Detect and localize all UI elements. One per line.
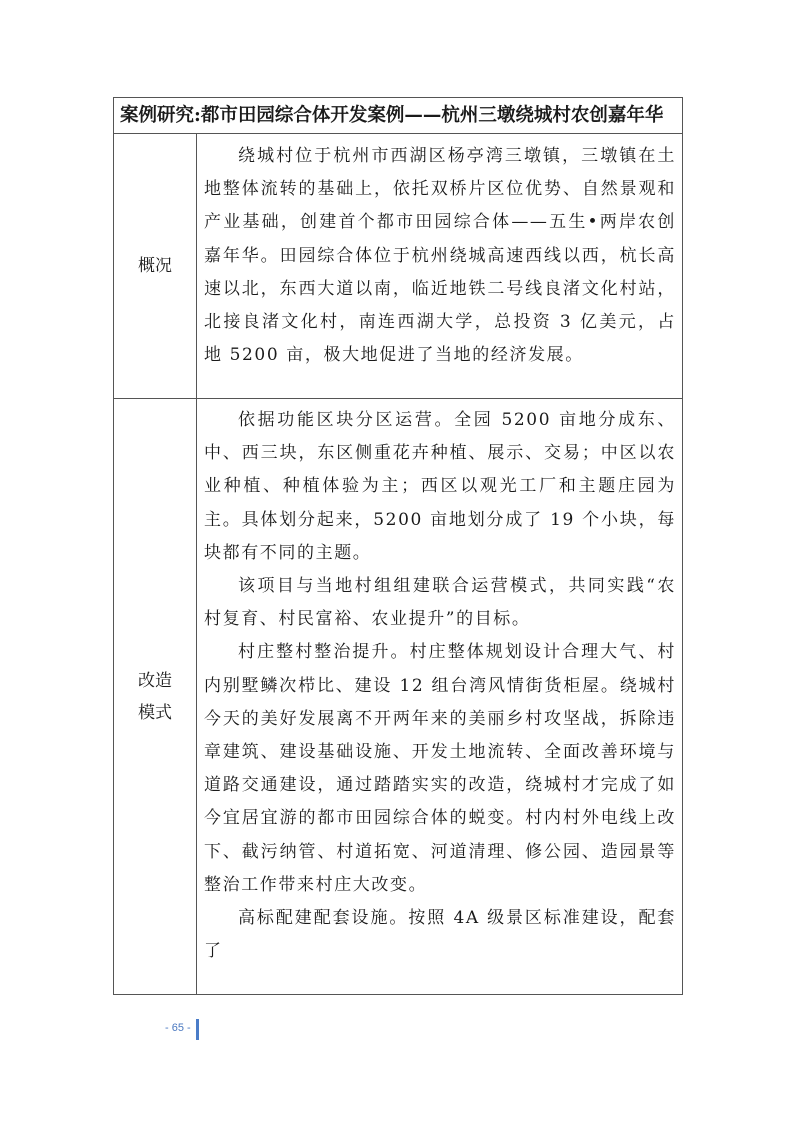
table-row-transformation-model: 改造 模式 依据功能区块分区运营。全园 5200 亩地分成东、中、西三块，东区侧…	[114, 399, 682, 994]
row-label-transformation-model: 改造 模式	[114, 399, 197, 994]
row-label-overview: 概况	[114, 134, 197, 398]
paragraph: 绕城村位于杭州市西湖区杨亭湾三墩镇，三墩镇在土地整体流转的基础上，依托双桥片区位…	[204, 140, 676, 372]
page-number: - 65 -	[165, 1022, 191, 1034]
paragraph: 村庄整村整治提升。村庄整体规划设计合理大气、村内别墅鳞次栉比、建设 12 组台湾…	[204, 636, 676, 902]
paragraph: 依据功能区块分区运营。全园 5200 亩地分成东、中、西三块，东区侧重花卉种植、…	[204, 404, 676, 570]
case-study-table: 案例研究:都市田园综合体开发案例——杭州三墩绕城村农创嘉年华 概况 绕城村位于杭…	[113, 97, 683, 995]
paragraph: 高标配建配套设施。按照 4A 级景区标准建设，配套了	[204, 902, 676, 968]
footer-accent-bar	[196, 1019, 199, 1040]
row-label-line: 概况	[138, 250, 172, 282]
row-content-overview: 绕城村位于杭州市西湖区杨亭湾三墩镇，三墩镇在土地整体流转的基础上，依托双桥片区位…	[197, 134, 682, 398]
row-content-transformation-model: 依据功能区块分区运营。全园 5200 亩地分成东、中、西三块，东区侧重花卉种植、…	[197, 399, 682, 994]
row-label-line: 模式	[138, 697, 172, 729]
paragraph: 该项目与当地村组组建联合运营模式，共同实践“农村复育、村民富裕、农业提升”的目标…	[204, 570, 676, 636]
table-title: 案例研究:都市田园综合体开发案例——杭州三墩绕城村农创嘉年华	[114, 98, 682, 134]
row-label-line: 改造	[138, 665, 172, 697]
table-row-overview: 概况 绕城村位于杭州市西湖区杨亭湾三墩镇，三墩镇在土地整体流转的基础上，依托双桥…	[114, 134, 682, 399]
